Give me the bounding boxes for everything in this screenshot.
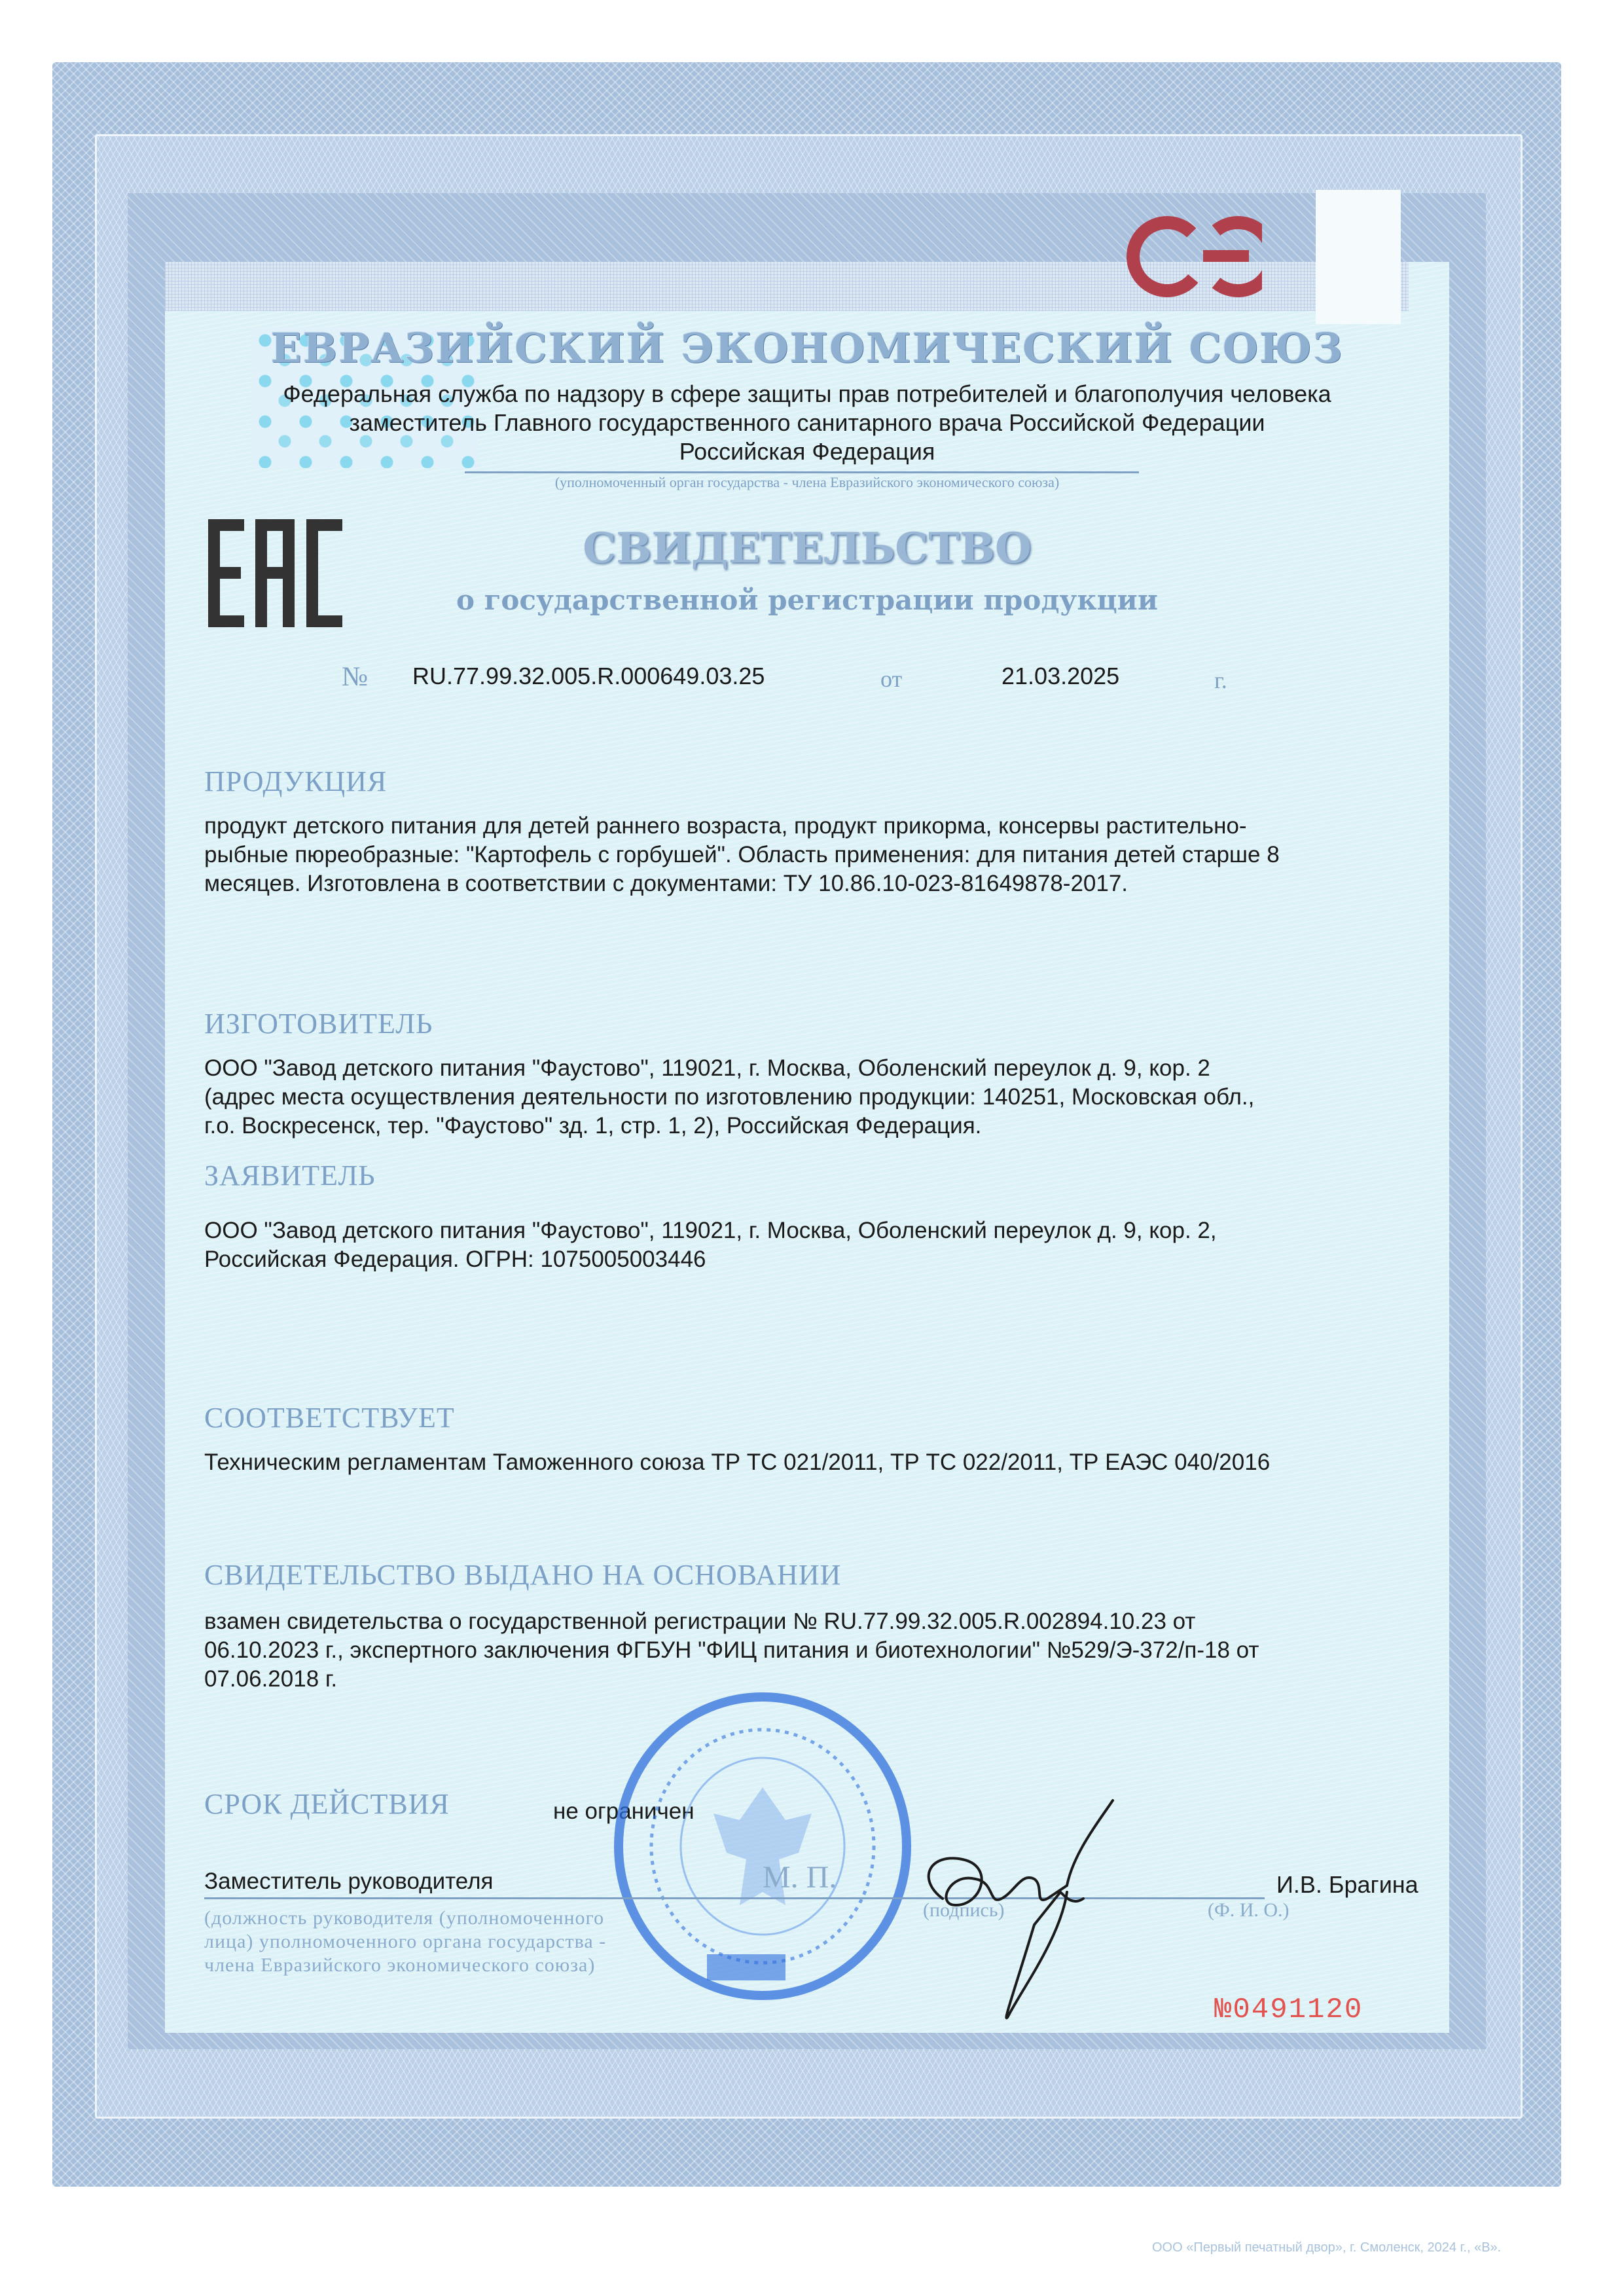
- section-label-validity: СРОК ДЕЙСТВИЯ: [204, 1787, 450, 1821]
- section-label-conforms: СООТВЕТСТВУЕТ: [204, 1401, 455, 1434]
- authority-underline: [465, 471, 1139, 473]
- product-line: продукт детского питания для детей ранне…: [204, 812, 1468, 841]
- product-line: месяцев. Изготовлена в соответствии с до…: [204, 869, 1468, 898]
- blank-field: [1316, 190, 1401, 324]
- position-caption-line: члена Евразийского экономического союза): [204, 1954, 748, 1977]
- applicant-line: Российская Федерация. ОГРН: 107500500344…: [204, 1245, 1468, 1274]
- date-prefix: от: [880, 665, 902, 693]
- applicant-text: ООО "Завод детского питания "Фаустово", …: [204, 1216, 1468, 1274]
- authority-line-2: заместитель Главного государственного са…: [165, 409, 1449, 437]
- section-label-applicant: ЗАЯВИТЕЛЬ: [204, 1159, 376, 1192]
- number-sign: №: [342, 661, 368, 693]
- authority-block: Федеральная служба по надзору в сфере за…: [165, 380, 1449, 466]
- date-suffix: г.: [1214, 666, 1227, 694]
- position-caption: (должность руководителя (уполномоченного…: [204, 1906, 748, 1977]
- registration-number: RU.77.99.32.005.R.000649.03.25: [412, 663, 765, 690]
- section-label-basis: СВИДЕТЕЛЬСТВО ВЫДАНО НА ОСНОВАНИИ: [204, 1558, 841, 1592]
- basis-text: взамен свидетельства о государственной р…: [204, 1607, 1468, 1694]
- product-line: рыбные пюреобразные: "Картофель с горбуш…: [204, 841, 1468, 869]
- form-serial-number: №0491120: [1214, 1994, 1363, 2026]
- certificate-subtitle: о государственной регистрации продукции: [165, 584, 1449, 616]
- conforms-text: Техническим регламентам Таможенного союз…: [204, 1448, 1468, 1477]
- position-caption-line: (должность руководителя (уполномоченного: [204, 1906, 748, 1930]
- manufacturer-line: г.о. Воскресенск, тер. "Фаустово" зд. 1,…: [204, 1112, 1468, 1140]
- authority-caption: (уполномоченный орган государства - член…: [165, 474, 1449, 491]
- section-label-manufacturer: ИЗГОТОВИТЕЛЬ: [204, 1007, 433, 1040]
- authority-line-1: Федеральная служба по надзору в сфере за…: [165, 380, 1449, 409]
- signature-icon: [903, 1794, 1119, 2030]
- registration-date: 21.03.2025: [1001, 663, 1119, 690]
- product-text: продукт детского питания для детей ранне…: [204, 812, 1468, 898]
- authority-line-3: Российская Федерация: [165, 437, 1449, 466]
- applicant-line: ООО "Завод детского питания "Фаустово", …: [204, 1216, 1468, 1245]
- conforms-line: Техническим регламентам Таможенного союз…: [204, 1448, 1468, 1477]
- basis-line: 06.10.2023 г., экспертного заключения ФГ…: [204, 1636, 1468, 1665]
- printer-note: ООО «Первый печатный двор», г. Смоленск,…: [1152, 2240, 1501, 2255]
- manufacturer-line: ООО "Завод детского питания "Фаустово", …: [204, 1054, 1468, 1083]
- signer-position: Заместитель руководителя: [204, 1867, 493, 1896]
- section-label-product: ПРОДУКЦИЯ: [204, 765, 387, 798]
- name-caption: (Ф. И. О.): [1208, 1899, 1290, 1922]
- signer-name: И.В. Брагина: [1276, 1871, 1418, 1899]
- certificate-title: СВИДЕТЕЛЬСТВО: [165, 524, 1449, 573]
- basis-line: взамен свидетельства о государственной р…: [204, 1607, 1468, 1636]
- position-caption-line: лица) уполномоченного органа государства…: [204, 1930, 748, 1954]
- manufacturer-text: ООО "Завод детского питания "Фаустово", …: [204, 1054, 1468, 1140]
- manufacturer-line: (адрес места осуществления деятельности …: [204, 1083, 1468, 1112]
- seal-placeholder: М. П.: [763, 1859, 837, 1895]
- se-logo-icon: [1125, 214, 1262, 299]
- union-title: ЕВРАЗИЙСКИЙ ЭКОНОМИЧЕСКИЙ СОЮЗ: [165, 324, 1449, 372]
